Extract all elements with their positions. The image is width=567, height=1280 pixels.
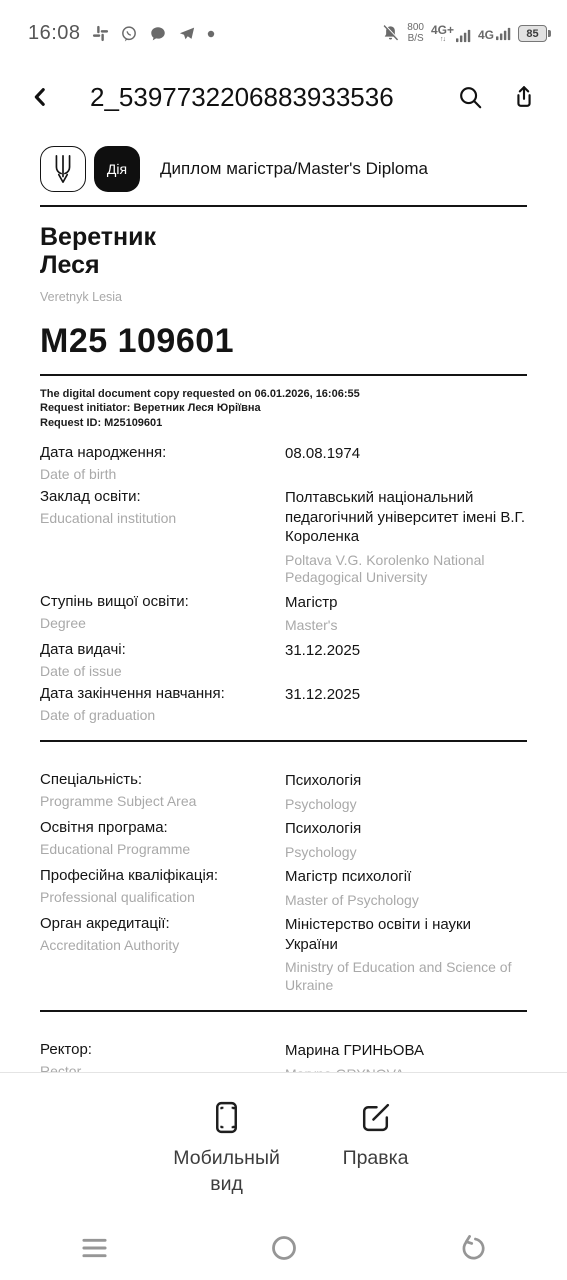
field-label-uk: Дата видачі: — [40, 641, 271, 660]
field-label-en: Educational institution — [40, 510, 271, 527]
field-row: Орган акредитації: Accreditation Authori… — [40, 915, 527, 994]
field-label-en: Programme Subject Area — [40, 793, 271, 810]
field-value-uk: 31.12.2025 — [285, 641, 527, 661]
field-label-en: Date of issue — [40, 663, 271, 680]
diia-logo: Дія — [94, 146, 140, 192]
field-value-en: Psychology — [285, 844, 527, 862]
diploma-number: М25 109601 — [40, 322, 527, 361]
viewer-toolbar: Мобильный вид Правка — [0, 1072, 567, 1215]
field-row: Ректор: Rector Марина ГРИНЬОВА Maryna GR… — [40, 1041, 527, 1072]
field-value-uk: Магістр — [285, 593, 527, 613]
divider — [40, 374, 527, 376]
field-label-en: Rector — [40, 1063, 271, 1072]
mobile-view-icon — [208, 1099, 245, 1136]
back-nav-button[interactable] — [378, 1234, 567, 1261]
field-row: Заклад освіти: Educational institution П… — [40, 488, 527, 587]
field-value-en: Psychology — [285, 796, 527, 814]
field-row: Спеціальність: Programme Subject Area Пс… — [40, 771, 527, 813]
document-page: Дія Диплом магістра/Master's Diploma Вер… — [0, 137, 567, 1072]
field-label-uk: Орган акредитації: — [40, 915, 271, 934]
field-label-uk: Дата народження: — [40, 444, 271, 463]
field-value-en: Poltava V.G. Korolenko National Pedagogi… — [285, 552, 527, 587]
request-info: The digital document copy requested on 0… — [40, 387, 527, 430]
fields-section-rector: Ректор: Rector Марина ГРИНЬОВА Maryna GR… — [40, 1041, 527, 1072]
signal-bars-icon — [456, 28, 471, 43]
mobile-view-button[interactable]: Мобильный вид — [159, 1099, 295, 1198]
field-row: Дата видачі: Date of issue 31.12.2025 — [40, 641, 527, 680]
field-label-en: Educational Programme — [40, 841, 271, 858]
field-label-uk: Ректор: — [40, 1041, 271, 1060]
field-value-uk: 08.08.1974 — [285, 444, 527, 464]
notifications-off-icon — [381, 24, 400, 43]
field-value-uk: Магістр психології — [285, 867, 527, 887]
home-button[interactable] — [189, 1235, 378, 1261]
field-value-uk: Міністерство освіти і науки України — [285, 915, 527, 954]
status-bar: 16:08 800 B/S — [0, 0, 567, 57]
ukraine-trident-icon — [40, 146, 86, 192]
notification-dot-icon — [207, 30, 215, 38]
app-header: 2_5397732206883933536 — [0, 57, 567, 137]
share-button[interactable] — [507, 80, 541, 114]
viber-icon — [120, 25, 138, 43]
phone-screen: 16:08 800 B/S — [0, 0, 567, 1280]
field-row: Професійна кваліфікація: Professional qu… — [40, 867, 527, 909]
field-row: Освітня програма: Educational Programme … — [40, 819, 527, 861]
field-value-uk: Психологія — [285, 819, 527, 839]
search-icon — [457, 84, 483, 110]
field-row: Ступінь вищої освіти: Degree Магістр Mas… — [40, 593, 527, 635]
network-4gplus-indicator: 4G+ ↑↓ — [431, 24, 471, 43]
document-brand-header: Дія Диплом магістра/Master's Diploma — [40, 146, 527, 207]
field-label-uk: Дата закінчення навчання: — [40, 685, 271, 704]
field-label-uk: Ступінь вищої освіти: — [40, 593, 271, 612]
edit-button[interactable]: Правка — [343, 1099, 409, 1171]
field-value-uk: Марина ГРИНЬОВА — [285, 1041, 527, 1061]
section-divider — [40, 1010, 527, 1012]
field-label-uk: Освітня програма: — [40, 819, 271, 838]
holder-name: Веретник Леся — [40, 223, 527, 279]
field-value-uk: 31.12.2025 — [285, 685, 527, 705]
share-icon — [511, 84, 537, 110]
field-label-uk: Заклад освіти: — [40, 488, 271, 507]
recent-apps-button[interactable] — [0, 1237, 189, 1259]
android-nav-bar — [0, 1215, 567, 1280]
field-label-en: Date of birth — [40, 466, 271, 483]
field-label-en: Accreditation Authority — [40, 937, 271, 954]
signal-bars-icon — [496, 26, 511, 41]
field-label-en: Degree — [40, 615, 271, 632]
section-divider — [40, 740, 527, 742]
document-type-title: Диплом магістра/Master's Diploma — [160, 159, 428, 179]
field-value-en: Ministry of Education and Science of Ukr… — [285, 959, 527, 994]
chevron-left-icon — [29, 86, 51, 108]
field-value-uk: Полтавський національний педагогічний ун… — [285, 488, 527, 547]
battery-indicator: 85 — [518, 25, 551, 42]
return-arrow-icon — [459, 1234, 486, 1261]
field-label-uk: Спеціальність: — [40, 771, 271, 790]
field-label-uk: Професійна кваліфікація: — [40, 867, 271, 886]
field-value-en: Master of Psychology — [285, 892, 527, 910]
field-row: Дата закінчення навчання: Date of gradua… — [40, 685, 527, 724]
network-4g-indicator: 4G — [478, 26, 511, 41]
fields-section-programme: Спеціальність: Programme Subject Area Пс… — [40, 771, 527, 1000]
data-rate-indicator: 800 B/S — [407, 23, 424, 44]
field-row: Дата народження: Date of birth 08.08.197… — [40, 444, 527, 483]
field-value-en: Master's — [285, 617, 527, 635]
holder-name-translit: Veretnyk Lesia — [40, 290, 527, 304]
slack-icon — [92, 25, 109, 42]
chat-bubble-icon — [149, 25, 167, 43]
field-label-en: Date of graduation — [40, 707, 271, 724]
home-circle-icon — [271, 1235, 297, 1261]
file-title: 2_5397732206883933536 — [90, 82, 453, 113]
menu-lines-icon — [81, 1237, 108, 1259]
fields-section-main: Дата народження: Date of birth 08.08.197… — [40, 444, 527, 730]
telegram-icon — [178, 25, 196, 43]
search-button[interactable] — [453, 80, 487, 114]
back-button[interactable] — [24, 81, 56, 113]
field-label-en: Professional qualification — [40, 889, 271, 906]
clock: 16:08 — [28, 22, 81, 45]
edit-icon — [357, 1099, 394, 1136]
field-value-uk: Психологія — [285, 771, 527, 791]
